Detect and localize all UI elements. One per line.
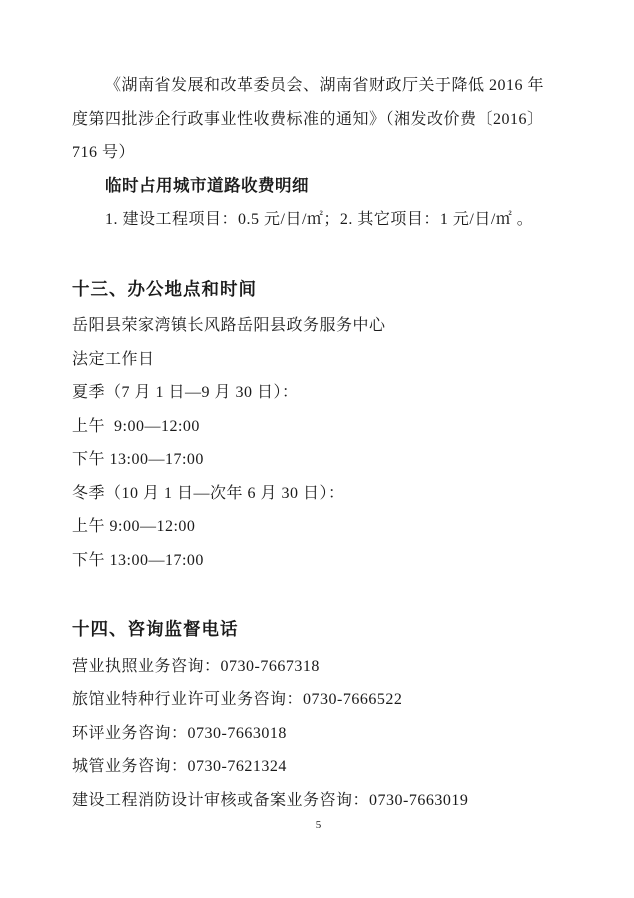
notice-line: 度第四批涉企行政事业性收费标准的通知》（湘发改价费〔2016〕 — [72, 103, 565, 137]
office-summer-label: 夏季（7 月 1 日—9 月 30 日）： — [72, 376, 565, 410]
section-phones-heading: 十四、咨询监督电话 — [72, 613, 565, 647]
document-page: 《湖南省发展和改革委员会、湖南省财政厅关于降低 2016 年 度第四批涉企行政事… — [0, 0, 634, 898]
office-workdays: 法定工作日 — [72, 343, 565, 377]
office-winter-label: 冬季（10 月 1 日—次年 6 月 30 日）： — [72, 477, 565, 511]
page-number: 5 — [72, 818, 565, 832]
office-winter-am: 上午 9:00—12:00 — [72, 510, 565, 544]
fee-detail-block: 临时占用城市道路收费明细 1. 建设工程项目：0.5 元/日/㎡；2. 其它项目… — [72, 170, 565, 237]
phone-entry: 旅馆业特种行业许可业务咨询：0730-7666522 — [72, 683, 565, 717]
office-winter-pm: 下午 13:00—17:00 — [72, 544, 565, 578]
section-office: 十三、办公地点和时间 岳阳县荣家湾镇长风路岳阳县政务服务中心 法定工作日 夏季（… — [72, 273, 565, 578]
office-summer-am: 上午 9:00—12:00 — [72, 410, 565, 444]
fee-detail-content: 1. 建设工程项目：0.5 元/日/㎡；2. 其它项目：1 元/日/㎡ 。 — [72, 203, 565, 237]
phone-entry: 环评业务咨询：0730-7663018 — [72, 717, 565, 751]
phone-entry: 建设工程消防设计审核或备案业务咨询：0730-7663019 — [72, 784, 565, 818]
notice-line: 716 号） — [72, 136, 565, 170]
notice-paragraph: 《湖南省发展和改革委员会、湖南省财政厅关于降低 2016 年 度第四批涉企行政事… — [72, 69, 565, 170]
phone-entry: 营业执照业务咨询：0730-7667318 — [72, 650, 565, 684]
phone-entry: 城管业务咨询：0730-7621324 — [72, 750, 565, 784]
section-phones: 十四、咨询监督电话 营业执照业务咨询：0730-7667318 旅馆业特种行业许… — [72, 613, 565, 817]
fee-detail-title: 临时占用城市道路收费明细 — [72, 170, 565, 204]
office-summer-pm: 下午 13:00—17:00 — [72, 443, 565, 477]
section-office-heading: 十三、办公地点和时间 — [72, 273, 565, 307]
notice-line: 《湖南省发展和改革委员会、湖南省财政厅关于降低 2016 年 — [72, 69, 565, 103]
office-address: 岳阳县荣家湾镇长风路岳阳县政务服务中心 — [72, 309, 565, 343]
